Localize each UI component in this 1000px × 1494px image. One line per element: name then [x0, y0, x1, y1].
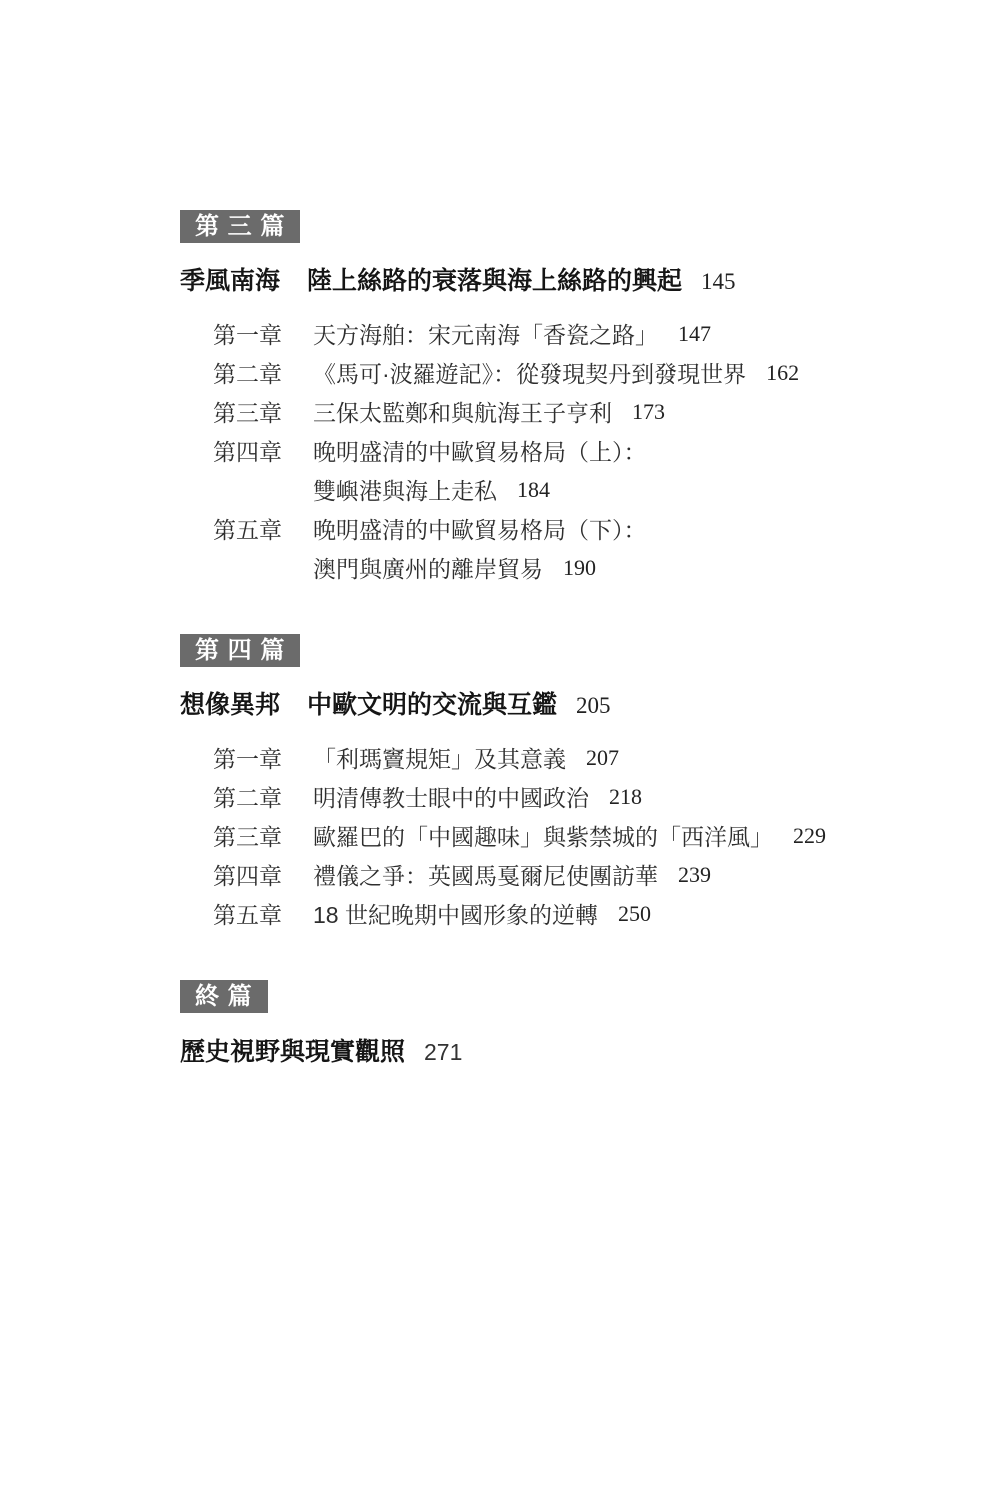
chapter-page-number: 250 — [618, 901, 651, 927]
part-badge: 第 四 篇 — [180, 634, 300, 667]
chapter-label: 第五章 — [213, 897, 313, 930]
chapter-title: 18 世紀晚期中國形象的逆轉 — [313, 897, 598, 930]
part-subtitle: 陸上絲路的衰落與海上絲路的興起 — [307, 268, 682, 295]
part-subtitle: 中歐文明的交流與互鑑 — [307, 692, 557, 719]
chapter-title: 歐羅巴的「中國趣味」與紫禁城的「西洋風」 — [313, 819, 773, 852]
chapter-page-number: 173 — [632, 399, 665, 425]
chapter-title: 禮儀之爭：英國馬戛爾尼使團訪華 — [313, 858, 658, 891]
part-heading: 歷史視野與現實觀照271 — [180, 1035, 940, 1070]
part-badge: 第 三 篇 — [180, 210, 300, 243]
part-badge: 終 篇 — [180, 980, 268, 1013]
chapter-row-continuation: 澳門與廣州的離岸貿易190 — [180, 548, 940, 587]
part-heading: 季風南海陸上絲路的衰落與海上絲路的興起145 — [180, 265, 940, 299]
chapter-label: 第二章 — [213, 356, 313, 389]
chapter-row: 第四章晚明盛清的中歐貿易格局（上）： — [180, 431, 940, 470]
part-section-3: 第 三 篇 季風南海陸上絲路的衰落與海上絲路的興起145 第一章天方海舶：宋元南… — [180, 210, 940, 587]
part-title: 想像異邦 — [180, 692, 280, 719]
chapter-row: 第一章天方海舶：宋元南海「香瓷之路」147 — [180, 314, 940, 353]
chapter-title: 晚明盛清的中歐貿易格局（下）： — [313, 512, 647, 545]
chapter-title: 雙嶼港與海上走私 — [313, 473, 497, 506]
chapter-page-number: 229 — [793, 823, 826, 849]
chapter-label: 第四章 — [213, 858, 313, 891]
chapter-label: 第三章 — [213, 395, 313, 428]
chapter-title: 三保太監鄭和與航海王子亨利 — [313, 395, 612, 428]
part-heading: 想像異邦中歐文明的交流與互鑑205 — [180, 689, 940, 723]
part-page-number: 205 — [576, 693, 611, 718]
chapter-label: 第二章 — [213, 780, 313, 813]
chapter-list: 第一章天方海舶：宋元南海「香瓷之路」147 第二章《馬可·波羅遊記》：從發現契丹… — [180, 314, 940, 587]
chapter-page-number: 147 — [678, 321, 711, 347]
chapter-page-number: 207 — [586, 745, 619, 771]
chapter-title: 明清傳教士眼中的中國政治 — [313, 780, 589, 813]
toc-content: 第 三 篇 季風南海陸上絲路的衰落與海上絲路的興起145 第一章天方海舶：宋元南… — [0, 0, 1000, 1070]
chapter-row: 第五章晚明盛清的中歐貿易格局（下）： — [180, 509, 940, 548]
part-title: 季風南海 — [180, 268, 280, 295]
chapter-title: 《馬可·波羅遊記》：從發現契丹到發現世界 — [313, 356, 746, 389]
chapter-row: 第二章《馬可·波羅遊記》：從發現契丹到發現世界162 — [180, 353, 940, 392]
chapter-label: 第三章 — [213, 819, 313, 852]
chapter-page-number: 190 — [563, 555, 596, 581]
chapter-row: 第一章「利瑪竇規矩」及其意義207 — [180, 738, 940, 777]
chapter-row: 第二章明清傳教士眼中的中國政治218 — [180, 777, 940, 816]
chapter-title: 澳門與廣州的離岸貿易 — [313, 551, 543, 584]
part-section-final: 終 篇 歷史視野與現實觀照271 — [180, 980, 940, 1070]
chapter-page-number: 218 — [609, 784, 642, 810]
chapter-row: 第三章三保太監鄭和與航海王子亨利173 — [180, 392, 940, 431]
chapter-title: 晚明盛清的中歐貿易格局（上）： — [313, 434, 647, 467]
chapter-title: 「利瑪竇規矩」及其意義 — [313, 741, 566, 774]
part-section-4: 第 四 篇 想像異邦中歐文明的交流與互鑑205 第一章「利瑪竇規矩」及其意義20… — [180, 634, 940, 933]
part-page-number: 271 — [424, 1039, 462, 1065]
chapter-title: 天方海舶：宋元南海「香瓷之路」 — [313, 317, 658, 350]
chapter-page-number: 239 — [678, 862, 711, 888]
chapter-label: 第一章 — [213, 317, 313, 350]
chapter-page-number: 184 — [517, 477, 550, 503]
chapter-row-continuation: 雙嶼港與海上走私184 — [180, 470, 940, 509]
chapter-page-number: 162 — [766, 360, 799, 386]
toc-page: 第 三 篇 季風南海陸上絲路的衰落與海上絲路的興起145 第一章天方海舶：宋元南… — [0, 0, 1000, 1494]
chapter-label: 第一章 — [213, 741, 313, 774]
chapter-row: 第四章禮儀之爭：英國馬戛爾尼使團訪華239 — [180, 855, 940, 894]
part-page-number: 145 — [701, 269, 736, 294]
chapter-label: 第四章 — [213, 434, 313, 467]
chapter-list: 第一章「利瑪竇規矩」及其意義207 第二章明清傳教士眼中的中國政治218 第三章… — [180, 738, 940, 933]
chapter-label: 第五章 — [213, 512, 313, 545]
chapter-row: 第三章歐羅巴的「中國趣味」與紫禁城的「西洋風」229 — [180, 816, 940, 855]
chapter-row: 第五章18 世紀晚期中國形象的逆轉250 — [180, 894, 940, 933]
part-title: 歷史視野與現實觀照 — [180, 1039, 405, 1066]
